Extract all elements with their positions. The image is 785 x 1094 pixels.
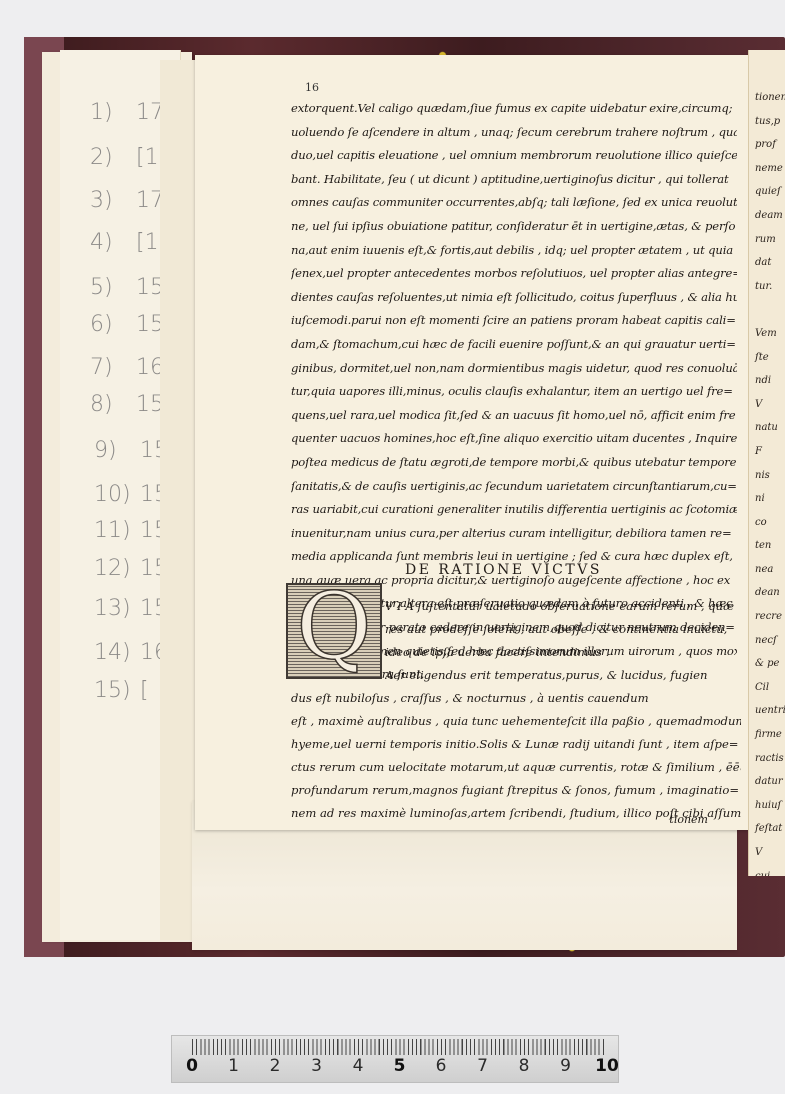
next-page-fragment: tus,p — [749, 110, 785, 134]
ruler-label: 4 — [353, 1056, 364, 1076]
ruler-label: 9 — [560, 1056, 571, 1076]
text-line: dus eſt nubiloſus , craſſus , & nocturnu… — [291, 687, 741, 710]
section-text-full-width: dus eſt nubiloſus , craſſus , & nocturnu… — [291, 687, 741, 825]
ruler-label: 8 — [519, 1056, 530, 1076]
ruler-label: 1 — [228, 1056, 239, 1076]
note-value: [1 — [136, 145, 159, 170]
next-page-fragment: necſ — [749, 629, 785, 653]
next-page-fragment: natu — [749, 416, 785, 440]
text-line: Aer eligendus erit temperatus,purus, & l… — [385, 664, 740, 687]
text-line: V I A ſuſtentatur ualetudo obſeruatione … — [385, 595, 740, 618]
note-index: 3) — [90, 188, 130, 213]
text-line: extorquent.Vel caligo quædam,ſiue fumus … — [291, 97, 737, 121]
next-page-edge: tionemtus,pprofnemequieſdeamrumdattur. V… — [748, 50, 785, 876]
note-index: 7) — [90, 355, 130, 380]
text-line: profundarum rerum,magnos fugiant ſtrepit… — [291, 779, 741, 802]
next-page-fragment: rum — [749, 228, 785, 252]
text-line: iuſcemodi.parui non eſt momenti ſcire an… — [291, 309, 737, 333]
ruler-label: 10 — [595, 1056, 619, 1076]
next-page-fragment: quieſ — [749, 180, 785, 204]
next-page-fragment: Vem — [749, 322, 785, 346]
next-page-fragment — [749, 298, 785, 322]
book-page: 16 extorquent.Vel caligo quædam,ſiue fum… — [195, 55, 748, 830]
text-line: hyeme,uel uerni temporis initio.Solis & … — [291, 733, 741, 756]
note-index: 1) — [90, 100, 130, 125]
text-line: ſanitatis,& de cauſis uertiginis,ac ſecu… — [291, 475, 737, 499]
note-index: 13) — [94, 596, 134, 621]
text-line: quenter uacuos homines,hoc eſt,ſine aliq… — [291, 427, 737, 451]
note-index: 5) — [90, 275, 130, 300]
text-line: ne, uel ſui ipſius obuiatione patitur, c… — [291, 215, 737, 239]
next-page-fragment: co — [749, 511, 785, 535]
text-line: res aut prodeſſe ſolent , aut obeſſe , &… — [385, 618, 740, 641]
note-value: [ — [140, 678, 149, 703]
handwritten-note: 3)17 — [90, 188, 164, 213]
text-line: ginibus, dormitet,uel non,nam dormientib… — [291, 357, 737, 381]
note-index: 6) — [90, 312, 130, 337]
scale-ruler: 012345678910 — [171, 1035, 619, 1083]
note-index: 9) — [94, 438, 134, 463]
next-page-fragment: prof — [749, 133, 785, 157]
catchword: tionem — [669, 813, 708, 826]
text-line: ideo de ipſa uerba facere intendimus . — [385, 641, 740, 664]
next-page-fragment: dean — [749, 581, 785, 605]
text-line: duo,uel capitis eleuatione , uel omnium … — [291, 144, 737, 168]
text-line: tur,quia uapores illi,minus, oculis clau… — [291, 380, 737, 404]
section-text-beside-initial: V I A ſuſtentatur ualetudo obſeruatione … — [385, 595, 740, 687]
handwritten-note: 15)[ — [94, 678, 149, 703]
section-title: DE RATIONE VICTVS — [405, 562, 602, 578]
text-line: na,aut enim iuuenis eſt,& fortis,aut deb… — [291, 239, 737, 263]
page-number: 16 — [305, 81, 319, 94]
next-page-fragment: neme — [749, 157, 785, 181]
ruler-label: 3 — [311, 1056, 322, 1076]
next-page-fragment: uentri — [749, 699, 785, 723]
note-index: 2) — [90, 145, 130, 170]
ruler-label: 2 — [270, 1056, 281, 1076]
next-page-fragment: nea — [749, 558, 785, 582]
text-line: inuenitur,nam unius cura,per alterius cu… — [291, 522, 737, 546]
next-page-fragment: dat — [749, 251, 785, 275]
text-line: eſt , maximè auſtralibus , quia tunc ueh… — [291, 710, 741, 733]
text-line: poſtea medicus de ſtatu ægroti,de tempor… — [291, 451, 737, 475]
note-index: 14) — [94, 640, 134, 665]
text-line: ras uariabit,cui curationi generaliter i… — [291, 498, 737, 522]
next-page-fragment: ſte — [749, 346, 785, 370]
next-page-fragment: feſtat — [749, 817, 785, 841]
next-page-fragment: Cil — [749, 676, 785, 700]
next-page-fragment: tionem — [749, 86, 785, 110]
note-index: 10) — [94, 482, 134, 507]
handwritten-note: 10)15 — [94, 482, 168, 507]
next-page-fragment: recre — [749, 605, 785, 629]
note-index: 15) — [94, 678, 134, 703]
next-page-fragment: ten — [749, 534, 785, 558]
note-index: 8) — [90, 392, 130, 417]
text-line: omnes cauſas communiter occurrentes,abſq… — [291, 191, 737, 215]
next-page-fragment: datur — [749, 770, 785, 794]
next-page-fragment: tur. — [749, 275, 785, 299]
next-page-fragment: ractis — [749, 747, 785, 771]
next-page-fragment: firme — [749, 723, 785, 747]
initial-letter: Q — [288, 577, 380, 677]
text-line: bant. Habilitate, ſeu ( ut dicunt ) apti… — [291, 168, 737, 192]
text-line: dam,& ſtomachum,cui hæc de facili euenir… — [291, 333, 737, 357]
next-page-fragment: deam — [749, 204, 785, 228]
next-page-fragment: V — [749, 841, 785, 865]
ruler-label: 6 — [436, 1056, 447, 1076]
handwritten-note: 14)16 — [94, 640, 168, 665]
text-line: dientes cauſas reſoluentes,ut nimia eſt … — [291, 286, 737, 310]
note-index: 4) — [90, 230, 130, 255]
next-page-fragment: F — [749, 440, 785, 464]
next-page-fragment: ndi — [749, 369, 785, 393]
text-line: ſenex,uel propter antecedentes morbos re… — [291, 262, 737, 286]
ruler-label: 0 — [186, 1056, 198, 1076]
handwritten-note: 2)[1 — [90, 145, 159, 170]
ruler-ticks — [192, 1039, 607, 1055]
ruler-label: 7 — [477, 1056, 488, 1076]
next-page-fragment: ni — [749, 487, 785, 511]
text-line: uoluendo ſe aſcendere in altum , unaq; ſ… — [291, 121, 737, 145]
next-page-fragment: huiuſ — [749, 794, 785, 818]
text-line: ctus rerum cum uelocitate motarum,ut aqu… — [291, 756, 741, 779]
note-index: 12) — [94, 556, 134, 581]
ruler-label: 5 — [394, 1056, 406, 1076]
next-page-fragment: cui — [749, 865, 785, 876]
next-page-fragment: V — [749, 393, 785, 417]
next-page-fragment: nis — [749, 464, 785, 488]
note-index: 11) — [94, 518, 134, 543]
next-page-fragment: & pe — [749, 652, 785, 676]
woodcut-initial-q: Q — [286, 583, 382, 679]
handwritten-note: 13)15 — [94, 596, 168, 621]
text-line: quens,uel rara,uel modica ſit,ſed & an u… — [291, 404, 737, 428]
